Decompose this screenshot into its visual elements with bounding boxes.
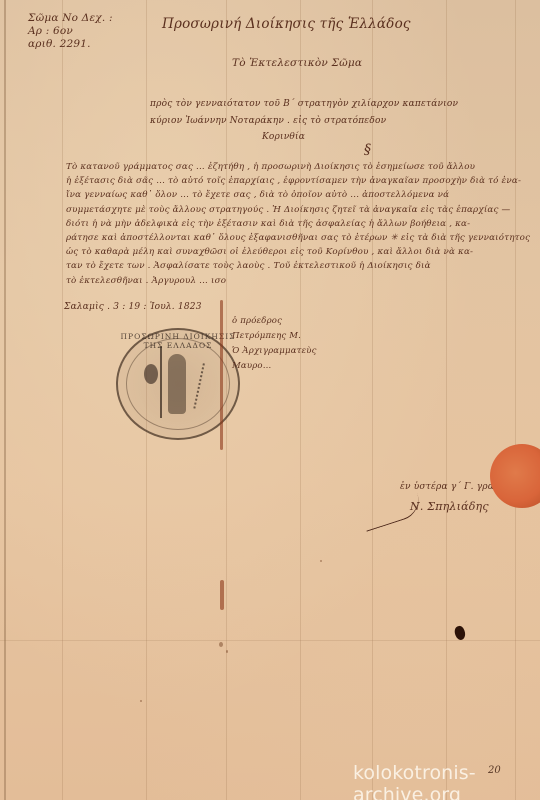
spear-icon bbox=[160, 346, 162, 418]
countersign-line: Ὁ Ἀρχιγραμματεὺς bbox=[232, 344, 317, 359]
owl-icon bbox=[144, 364, 158, 384]
countersign-line: Πετρόμπεης Μ. bbox=[232, 329, 317, 344]
archive-watermark: kolokotronis-archive.org bbox=[353, 762, 540, 800]
countersign-line: ὁ πρόεδρος bbox=[232, 314, 317, 329]
margin-note-line: Αρ : 6ον bbox=[28, 25, 113, 38]
rust-stain bbox=[220, 300, 223, 450]
signature-name: Ν. Σπηλιάδης bbox=[410, 500, 489, 513]
body-line: διότι ἡ νὰ μὴν ἀδελφικὰ εἰς τὴν ἐξέτασιν… bbox=[66, 217, 530, 231]
body-line: τὸ ἐκτελεσθῆναι . Ἀργυρουλ ... ισο bbox=[66, 274, 530, 288]
body-line: ταν τὸ ἔχετε των . Ἀσφαλίσατε τοὺς λαοὺς… bbox=[66, 259, 530, 273]
body-line: Τὸ κατανοῦ γράμματος σας ... ἐζητήθη , ἡ… bbox=[66, 160, 530, 174]
intro-line: κύριον Ἰωάννην Νοταράκην . εἰς τὸ στρατό… bbox=[150, 113, 458, 130]
intro-line: πρὸς τὸν γενναιότατον τοῦ Β΄ στρατηγὸν χ… bbox=[150, 96, 458, 113]
body-line: ἡ ἐξέτασις διὰ σᾶς ... τὸ αὐτό τοῖς ἐπαρ… bbox=[66, 174, 530, 188]
athena-figure-icon bbox=[168, 354, 186, 414]
signature-title: ἐν ὑστέρα γ΄ Γ. γραμ. bbox=[400, 482, 503, 492]
paragraph-mark: § bbox=[364, 142, 371, 158]
foxing-spot bbox=[140, 700, 142, 702]
chain-line bbox=[62, 0, 63, 800]
body-line: ὡς τὸ καθαρὰ μέλη καὶ συναχθῶσι οἱ ἐλεύθ… bbox=[66, 245, 530, 259]
place-line: Κορινθία bbox=[262, 132, 305, 142]
countersign-line: Μαυρο… bbox=[232, 359, 317, 374]
rust-stain bbox=[220, 580, 224, 610]
body-line: συμμετάσχητε μὲ τοὺς ἄλλους στρατηγούς .… bbox=[66, 203, 530, 217]
red-wax-seal bbox=[490, 444, 540, 508]
margin-rule bbox=[4, 0, 6, 800]
chain-line bbox=[515, 0, 516, 800]
letter-body: Τὸ κατανοῦ γράμματος σας ... ἐζητήθη , ἡ… bbox=[66, 160, 530, 288]
margin-note: Σῶμα Νο Δεχ. : Αρ : 6ον αριθ. 2291. bbox=[28, 12, 113, 51]
ink-blot bbox=[453, 625, 467, 642]
foxing-spot bbox=[219, 642, 223, 647]
body-line: ἴνα γενναίως καθ᾽ ὅλον ... τὸ ἔχετε σας … bbox=[66, 188, 530, 202]
body-line: ράτησε καὶ ἀποστέλλονται καθ᾽ ὅλους ἐξαφ… bbox=[66, 231, 530, 245]
foxing-spot bbox=[226, 650, 228, 653]
document-page: Σῶμα Νο Δεχ. : Αρ : 6ον αριθ. 2291. Προσ… bbox=[0, 0, 540, 800]
foxing-spot bbox=[320, 560, 322, 562]
intro: πρὸς τὸν γενναιότατον τοῦ Β΄ στρατηγὸν χ… bbox=[150, 96, 458, 130]
margin-note-line: Σῶμα Νο Δεχ. : bbox=[28, 12, 113, 25]
date-line: Σαλαμὶς . 3 : 19 : Ἰουλ. 1823 bbox=[64, 302, 202, 312]
countersign-note: ὁ πρόεδρος Πετρόμπεης Μ. Ὁ Ἀρχιγραμματεὺ… bbox=[232, 314, 317, 374]
document-heading: Προσωρινή Διοίκησις τῆς Ἑλλάδος bbox=[162, 16, 411, 32]
margin-note-line: αριθ. 2291. bbox=[28, 38, 113, 51]
addressee: Τὸ Ἐκτελεστικὸν Σῶμα bbox=[232, 57, 362, 69]
